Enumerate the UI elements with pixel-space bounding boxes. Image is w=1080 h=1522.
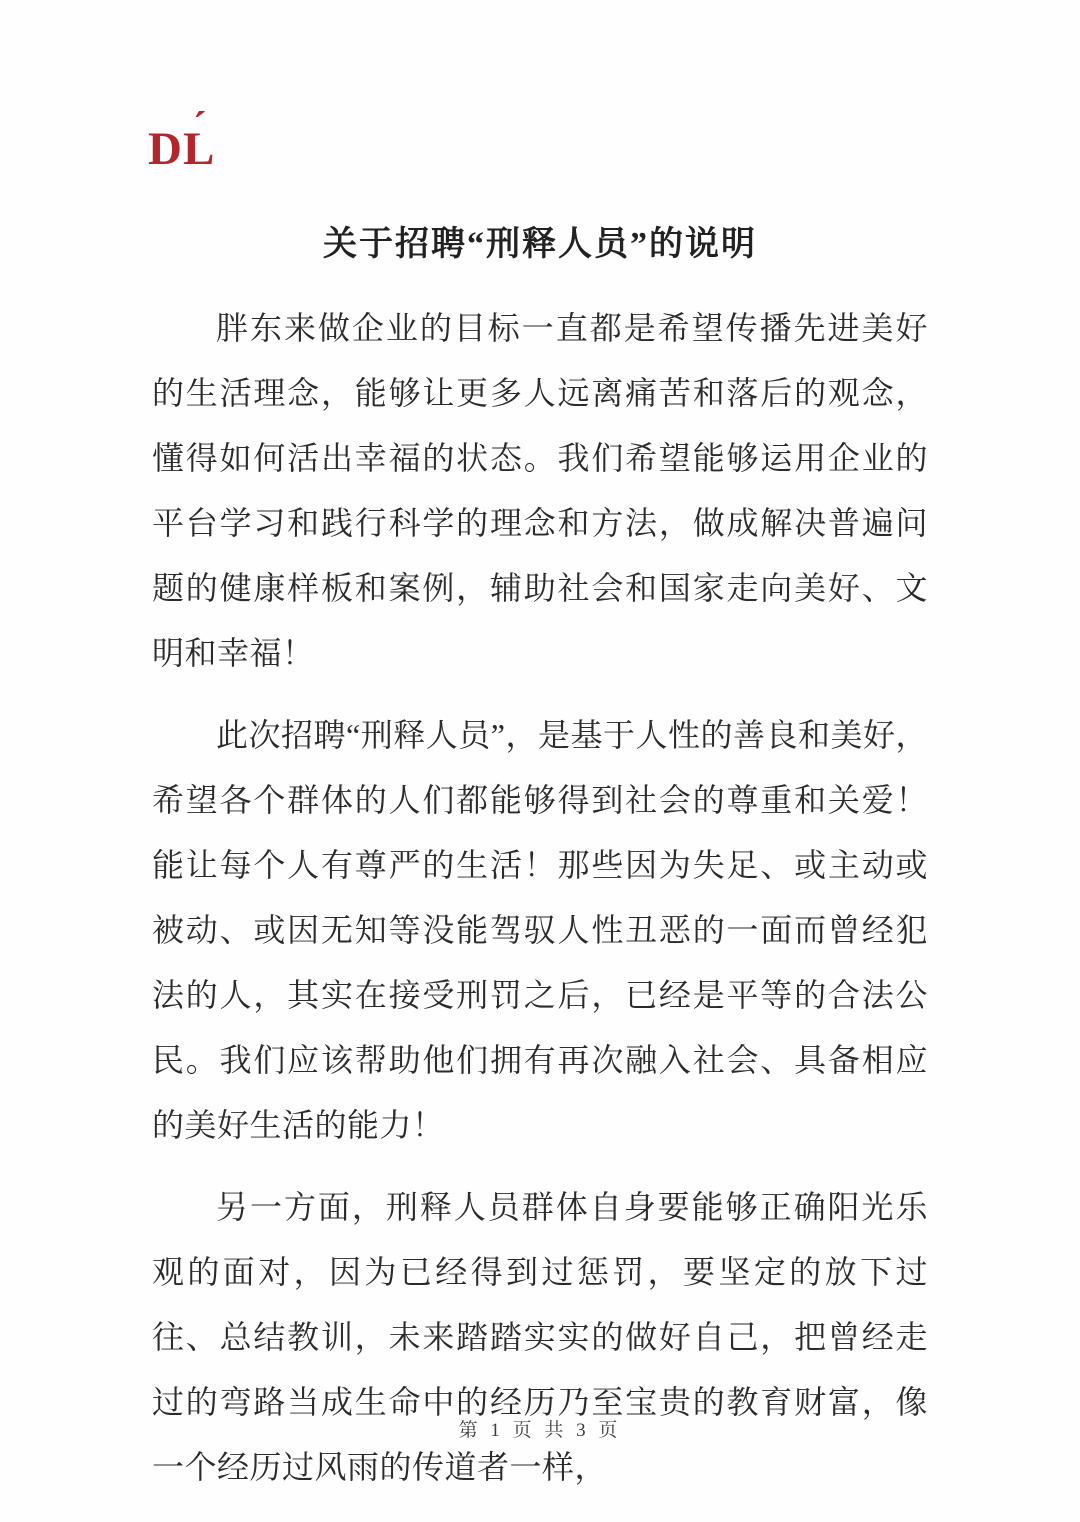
document-page: DL´ 关于招聘“刑释人员”的说明 胖东来做企业的目标一直都是希望传播先进美好的… <box>0 0 1080 1522</box>
document-body: 胖东来做企业的目标一直都是希望传播先进美好的生活理念，能够让更多人远离痛苦和落后… <box>152 296 928 1517</box>
paragraph-2: 此次招聘“刑释人员”，是基于人性的善良和美好，希望各个群体的人们都能够得到社会的… <box>152 703 928 1158</box>
brand-logo-accent: ´ <box>193 106 207 146</box>
brand-logo-letter-l: L´ <box>183 126 215 173</box>
brand-logo-letter-d: D <box>148 123 183 175</box>
brand-logo: DL´ <box>148 126 215 173</box>
paragraph-1: 胖东来做企业的目标一直都是希望传播先进美好的生活理念，能够让更多人远离痛苦和落后… <box>152 296 928 686</box>
paragraph-3: 另一方面，刑释人员群体自身要能够正确阳光乐观的面对，因为已经得到过惩罚，要坚定的… <box>152 1175 928 1500</box>
page-number-footer: 第 1 页 共 3 页 <box>0 1415 1080 1442</box>
document-title: 关于招聘“刑释人员”的说明 <box>0 221 1080 269</box>
